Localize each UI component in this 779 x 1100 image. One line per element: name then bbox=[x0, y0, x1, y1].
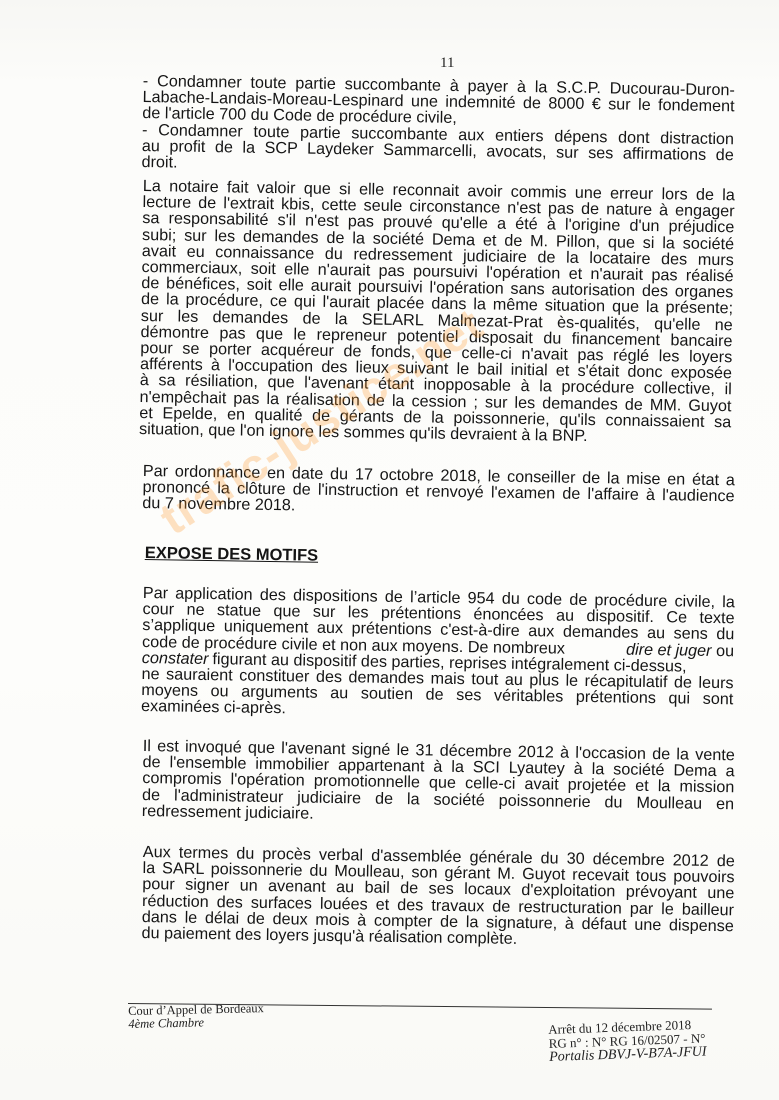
avenant-paragraph: Il est invoqué que l'avenant signé le 31… bbox=[142, 738, 735, 828]
conclusions-requests: - Condamner toute partie succombante à p… bbox=[141, 73, 734, 180]
portalis-reference: Portalis DBVJ-V-B7A-JFUI bbox=[549, 1045, 707, 1064]
ordonnance-paragraph: Par ordonnance en date du 17 octobre 201… bbox=[142, 463, 735, 521]
section-heading: EXPOSE DES MOTIFS bbox=[145, 544, 319, 566]
text-fragment: ou bbox=[716, 642, 734, 660]
page-number: 11 bbox=[440, 55, 454, 72]
article-954-paragraph: Par application des dispositions de l’ar… bbox=[141, 585, 735, 724]
assembly-minutes-paragraph: Aux termes du procès verbal d'assemblée … bbox=[141, 844, 734, 951]
notary-arguments-paragraph: La notaire fait valoir que si elle recon… bbox=[139, 178, 735, 447]
chamber-name: 4ème Chambre bbox=[128, 1015, 264, 1031]
footer-court-info: Cour d’Appel de Bordeaux 4ème Chambre bbox=[128, 1002, 264, 1031]
document-page: 11 - Condamner toute partie succombante … bbox=[0, 0, 779, 1100]
footer-decision-info: Arrêt du 12 décembre 2018 RG n° : N° RG … bbox=[548, 1018, 707, 1065]
